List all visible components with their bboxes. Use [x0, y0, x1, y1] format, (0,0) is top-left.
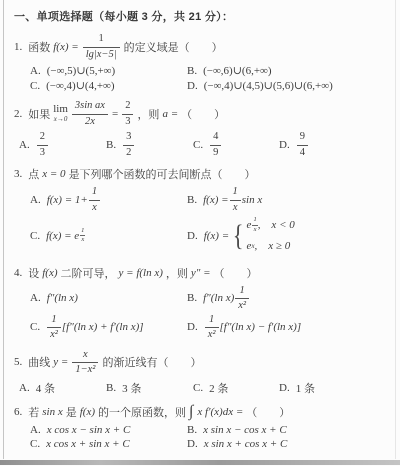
q2-stem-mid: ，则 [137, 106, 159, 122]
case-condition: , x ≥ 0 [255, 236, 291, 257]
fraction-denominator: x² [235, 299, 249, 312]
q6-option-b: B.x sin x − cos x + C [187, 424, 390, 436]
option-expression: f(x) = 1+ [47, 194, 88, 206]
q6-number: 6. [14, 406, 22, 418]
fraction-numerator: 3 [123, 131, 134, 146]
q1-stem-pre: 函数 [28, 39, 50, 55]
option-expression: x cos x − sin x + C [47, 424, 131, 436]
fraction-numerator: 1 [83, 33, 120, 48]
q5-stem-post: 的渐近线有（ ） [102, 354, 201, 370]
option-label: C. [30, 438, 40, 450]
limit-subscript: x→0 [53, 116, 68, 123]
fraction-denominator: 9 [210, 146, 221, 159]
q5-stem: 5. 曲线 y = x1−x² 的渐近线有（ ） [14, 349, 390, 376]
q4-stem-mid: 二阶可导， [61, 265, 116, 281]
option-label: A. [19, 139, 30, 151]
q5-option-b: B.3 条 [106, 380, 193, 396]
option-label: D. [187, 80, 198, 92]
option-expression: [f″(ln x) + f′(ln x)] [62, 321, 144, 333]
fraction-denominator: x [80, 236, 85, 244]
fraction: 1x² [47, 314, 61, 341]
option-value: 2 条 [209, 380, 228, 396]
fraction-numerator: 9 [297, 131, 308, 146]
q4-option-d: D.1x²[f″(ln x) − f′(ln x)] [187, 314, 390, 341]
option-value: (−∞,6)∪(6,+∞) [203, 64, 271, 77]
option-label: A. [30, 424, 41, 436]
fraction-numerator: 1 [47, 314, 61, 329]
fraction-denominator: lg|x−5| [83, 48, 120, 61]
option-label: C. [30, 321, 40, 333]
option-expression: [f″(ln x) − f′(ln x)] [220, 321, 302, 333]
q5-number: 5. [14, 356, 22, 368]
fraction-denominator: x² [205, 328, 219, 341]
fraction: 1x² [235, 285, 249, 312]
limit-operator: limx→0 [53, 104, 68, 123]
q2-option-c: C.49 [193, 131, 279, 158]
option-label: B. [106, 139, 116, 151]
option-label: B. [106, 382, 116, 394]
question-1: 1. 函数 f(x) = 1lg|x−5| 的定义域是（ ） A.(−∞,5)∪… [13, 33, 390, 92]
fraction-denominator: 3 [122, 115, 133, 128]
option-expression: x cos x + sin x + C [46, 438, 130, 450]
option-value: (−∞,5)∪(5,+∞) [47, 64, 115, 77]
fraction-numerator: 1 [230, 186, 241, 201]
option-value: (−∞,4)∪(4,5)∪(5,6)∪(6,+∞) [204, 79, 333, 92]
q3-options-row-2: C.f(x) = e1x D. f(x) = { e1x, x < 0 ex, … [13, 215, 390, 257]
option-label: C. [193, 382, 203, 394]
option-expression: f(x) = [203, 194, 228, 206]
q3-option-b: B.f(x) =1xsin x [187, 186, 390, 213]
q3-number: 3. [14, 168, 22, 180]
fraction-denominator: 2 [123, 146, 134, 159]
q4-options-row-2: C.1x²[f″(ln x) + f′(ln x)] D.1x²[f″(ln x… [13, 314, 390, 341]
q6-answer-blank: （ ） [246, 404, 290, 420]
fraction: 23 [122, 100, 133, 127]
fraction: 94 [297, 131, 308, 158]
q5-option-a: A.4 条 [19, 380, 106, 396]
fraction: 1x [230, 186, 241, 213]
option-expression: f″(ln x) [203, 292, 234, 304]
q2-option-a: A.23 [19, 131, 106, 158]
option-label: B. [187, 65, 197, 77]
q5-option-c: C.2 条 [193, 380, 279, 396]
q2-stem: 2. 如果 limx→0 3sin ax2x = 23 ，则 a = （ ） [14, 100, 390, 127]
fraction: 49 [210, 131, 221, 158]
option-expression: f(x) = [204, 230, 229, 242]
superscript-fraction: 1x [80, 228, 85, 244]
q4-stem-then: ，则 [166, 265, 188, 281]
exam-page: 一、单项选择题（每小题 3 分，共 21 分）： 1. 函数 f(x) = 1l… [0, 0, 400, 466]
q5-curve: y = [53, 356, 68, 368]
option-expression: x sin x + cos x + C [204, 438, 288, 450]
option-label: D. [187, 230, 198, 242]
fraction: 1x [89, 186, 100, 213]
option-value: 4 条 [36, 380, 55, 396]
piecewise-rows: e1x, x < 0 ex, x ≥ 0 [247, 215, 295, 257]
piecewise-case-1: e1x, x < 0 [247, 215, 295, 236]
q3-option-d: D. f(x) = { e1x, x < 0 ex, x ≥ 0 [187, 215, 390, 257]
fraction-numerator: x [72, 349, 98, 364]
q6-antiderivative: sin x [42, 406, 62, 418]
q3-options-row-1: A.f(x) = 1+1x B.f(x) =1xsin x [13, 186, 390, 213]
fraction: 3sin ax2x [72, 100, 108, 127]
option-expression: x sin x − cos x + C [203, 424, 287, 436]
q5-stem-pre: 曲线 [28, 354, 50, 370]
option-expression: f″(ln x) [47, 292, 78, 304]
fraction-denominator: 1−x² [72, 363, 98, 376]
question-6: 6. 若 sin x 是 f(x) 的一个原函数，则 ∫ x f′(x)dx =… [13, 404, 390, 450]
q6-stem: 6. 若 sin x 是 f(x) 的一个原函数，则 ∫ x f′(x)dx =… [14, 404, 390, 420]
option-label: A. [19, 382, 30, 394]
q1-options-row-2: C.(−∞,4)∪(4,+∞) D.(−∞,4)∪(4,5)∪(5,6)∪(6,… [13, 79, 390, 92]
q6-option-a: A.x cos x − sin x + C [30, 424, 187, 436]
fraction-denominator: x [89, 201, 100, 214]
option-label: B. [187, 292, 197, 304]
q3-option-c: C.f(x) = e1x [30, 228, 187, 244]
q3-option-a: A.f(x) = 1+1x [30, 186, 187, 213]
piecewise-function: { e1x, x < 0 ex, x ≥ 0 [229, 215, 295, 257]
q4-function: f(x) [42, 267, 57, 279]
q2-answer-blank: （ ） [181, 106, 225, 122]
q1-stem-post: 的定义域是（ ） [124, 39, 223, 55]
fraction-numerator: 2 [122, 100, 133, 115]
q6-stem-is: 是 [66, 404, 77, 420]
q4-derivative: y″ = [191, 267, 211, 279]
fraction-numerator: 1 [235, 285, 249, 300]
option-label: D. [187, 321, 198, 333]
case-condition: , x < 0 [258, 215, 295, 236]
option-label: A. [30, 292, 41, 304]
q5-options-row: A.4 条 B.3 条 C.2 条 D.1 条 [13, 380, 390, 396]
limit-word: lim [53, 104, 68, 115]
fraction-numerator: 1 [205, 314, 219, 329]
option-label: C. [193, 139, 203, 151]
curly-brace: { [233, 221, 244, 251]
fraction: 1x² [205, 314, 219, 341]
q2-number: 2. [14, 108, 22, 120]
q6-option-d: D.x sin x + cos x + C [187, 438, 390, 450]
option-label: D. [187, 438, 198, 450]
integral-sign: ∫ [189, 404, 193, 420]
q6-integrand: x f′(x)dx = [197, 406, 243, 418]
q3-stem: 3. 点 x = 0 是下列哪个函数的可去间断点（ ） [14, 166, 390, 182]
q4-composition: y = f(ln x) [119, 267, 163, 279]
question-5: 5. 曲线 y = x1−x² 的渐近线有（ ） A.4 条 B.3 条 C.2… [13, 349, 390, 396]
fraction-denominator: 4 [297, 146, 308, 159]
option-value: 3 条 [122, 380, 141, 396]
q1-function: f(x) = [53, 41, 78, 53]
q6-option-c: C.x cos x + sin x + C [30, 438, 187, 450]
fraction-numerator: 1 [89, 186, 100, 201]
section-header: 一、单项选择题（每小题 3 分，共 21 分）： [14, 8, 390, 24]
q3-point: x = 0 [42, 168, 65, 180]
option-label: C. [30, 230, 40, 242]
option-value: 1 条 [296, 380, 315, 396]
option-label: D. [279, 382, 290, 394]
option-expression: f(x) = e [46, 230, 79, 242]
fraction: 32 [123, 131, 134, 158]
option-label: A. [30, 65, 41, 77]
q2-option-d: D.94 [279, 131, 390, 158]
fraction-denominator: x [230, 201, 241, 214]
q1-option-b: B.(−∞,6)∪(6,+∞) [187, 64, 390, 77]
option-label: C. [30, 80, 40, 92]
option-value: (−∞,4)∪(4,+∞) [46, 79, 114, 92]
equals-sign: = [112, 108, 118, 120]
option-label: B. [187, 194, 197, 206]
q3-stem-post: 是下列哪个函数的可去间断点（ ） [69, 166, 256, 182]
q4-options-row-1: A.f″(ln x) B.f″(ln x)1x² [13, 285, 390, 312]
q1-option-a: A.(−∞,5)∪(5,+∞) [30, 64, 187, 77]
q2-variable: a = [162, 108, 178, 120]
piecewise-case-2: ex, x ≥ 0 [247, 236, 295, 257]
option-label: A. [30, 194, 41, 206]
q6-stem-pre: 若 [28, 404, 39, 420]
q4-stem: 4. 设 f(x) 二阶可导， y = f(ln x) ，则 y″ = （ ） [14, 265, 390, 281]
q6-function: f(x) [80, 406, 95, 418]
question-3: 3. 点 x = 0 是下列哪个函数的可去间断点（ ） A.f(x) = 1+1… [13, 166, 390, 257]
q4-number: 4. [14, 267, 22, 279]
q3-stem-pre: 点 [28, 166, 39, 182]
fraction-denominator: x² [47, 328, 61, 341]
q4-option-b: B.f″(ln x)1x² [187, 285, 390, 312]
q1-option-d: D.(−∞,4)∪(4,5)∪(5,6)∪(6,+∞) [187, 79, 390, 92]
question-4: 4. 设 f(x) 二阶可导， y = f(ln x) ，则 y″ = （ ） … [13, 265, 390, 341]
q1-options-row-1: A.(−∞,5)∪(5,+∞) B.(−∞,6)∪(6,+∞) [13, 64, 390, 77]
fraction: x1−x² [72, 349, 98, 376]
q4-stem-pre: 设 [28, 265, 39, 281]
q6-options-row-1: A.x cos x − sin x + C B.x sin x − cos x … [13, 424, 390, 436]
fraction: 1lg|x−5| [83, 33, 120, 60]
question-2: 2. 如果 limx→0 3sin ax2x = 23 ，则 a = （ ） A… [13, 100, 390, 158]
fraction-numerator: 4 [210, 131, 221, 146]
fraction-denominator: 3 [37, 146, 48, 159]
q6-options-row-2: C.x cos x + sin x + C D.x sin x + cos x … [13, 438, 390, 450]
case-base: e [247, 215, 252, 236]
option-expression: sin x [242, 194, 262, 206]
q4-option-a: A.f″(ln x) [30, 292, 187, 304]
option-label: B. [187, 424, 197, 436]
q6-stem-then: 的一个原函数，则 [98, 404, 186, 420]
q2-option-b: B.32 [106, 131, 193, 158]
fraction-denominator: 2x [72, 115, 108, 128]
fraction-numerator: 1 [80, 228, 85, 237]
q4-answer-blank: （ ） [214, 265, 258, 281]
q2-stem-pre: 如果 [28, 106, 50, 122]
q1-number: 1. [14, 41, 22, 53]
fraction-numerator: 3sin ax [72, 100, 108, 115]
q1-stem: 1. 函数 f(x) = 1lg|x−5| 的定义域是（ ） [14, 33, 390, 60]
q5-option-d: D.1 条 [279, 380, 390, 396]
q1-option-c: C.(−∞,4)∪(4,+∞) [30, 79, 187, 92]
fraction: 23 [37, 131, 48, 158]
option-label: D. [279, 139, 290, 151]
q4-option-c: C.1x²[f″(ln x) + f′(ln x)] [30, 314, 187, 341]
fraction-numerator: 2 [37, 131, 48, 146]
q2-options-row: A.23 B.32 C.49 D.94 [13, 131, 390, 158]
